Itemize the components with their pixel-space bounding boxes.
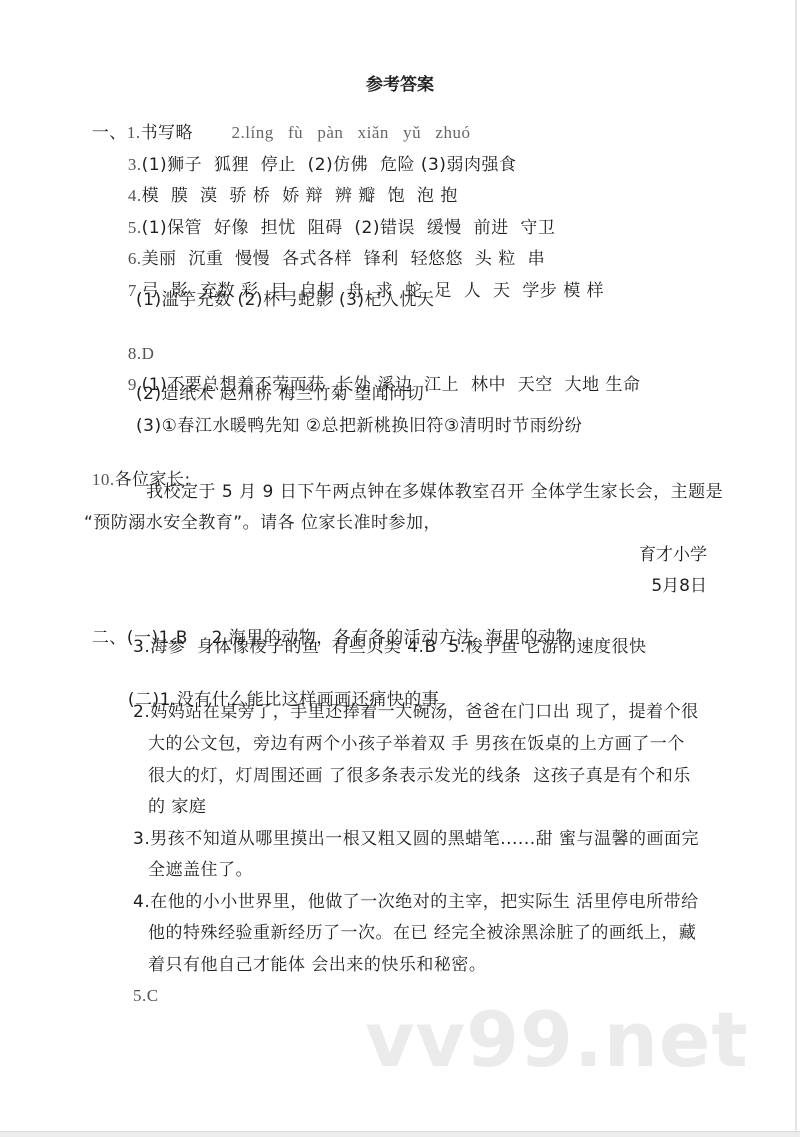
part2-q4-line1: 4.在他的小小世界里，他做了一次绝对的主宰，把实际生 活里停电所带给 (133, 891, 699, 913)
q9-part3: (3)①春江水暖鸭先知 ②总把新桃换旧符③清明时节雨纷纷 (136, 415, 582, 437)
part2-q2-line1: 2.妈妈站在桌旁了，手里还捧着一大碗汤，爸爸在门口出 现了，提着个很 (133, 701, 699, 723)
part2-q2-line2: 大的公文包，旁边有两个小孩子举着双 手 男孩在饭桌的上方画了一个 (148, 733, 685, 755)
part2-q4-line3: 着只有他自己才能体 会出来的快乐和秘密。 (148, 954, 486, 976)
section2-label: 二、 (92, 628, 127, 648)
page-edge-right (795, 0, 797, 1133)
q9-part2: (2)造纸术 赵州桥 梅兰竹菊 望闻问切 (136, 383, 424, 405)
part2-q3-line1: 3.男孩不知道从哪里摸出一根又粗又圆的黑蜡笔......甜 蜜与温馨的画面完 (133, 828, 699, 850)
q10-body-line1: 我校定于 5 月 9 日下午两点钟在多媒体教室召开 全体学生家长会，主题是 (146, 481, 723, 503)
page-edge-bottom (0, 1131, 800, 1137)
q10-body-line2: “预防溺水安全教育”。请各 位家长准时参加， (84, 512, 441, 534)
part2-q2-line4: 的 家庭 (148, 796, 206, 818)
q10-number: 10. (92, 470, 115, 489)
q7-idioms: (1)滥竽充数 (2)杯弓蛇影 (3)杞人忧天 (136, 289, 435, 311)
watermark: vv99.net (365, 995, 749, 1084)
part2-q5: 5.C (133, 985, 159, 1007)
part2-q3-line2: 全遮盖住了。 (148, 859, 253, 881)
page-title: 参考答案 (0, 70, 800, 95)
q10-date: 5月8日 (651, 575, 707, 597)
q10-signature: 育才小学 (639, 544, 707, 566)
part2-q2-line3: 很大的灯，灯周围还画 了很多条表示发光的线条 这孩子真是有个和乐 (148, 765, 691, 787)
part2-q4-line2: 他的特殊经验重新经历了一次。在已 经完全被涂黑涂脏了的画纸上，藏 (148, 922, 696, 944)
section2-part1-line2: 3.海参 身体像梭子的鱼 有些贝类 4.B 5.梭子鱼 它游的速度很快 (133, 636, 647, 658)
